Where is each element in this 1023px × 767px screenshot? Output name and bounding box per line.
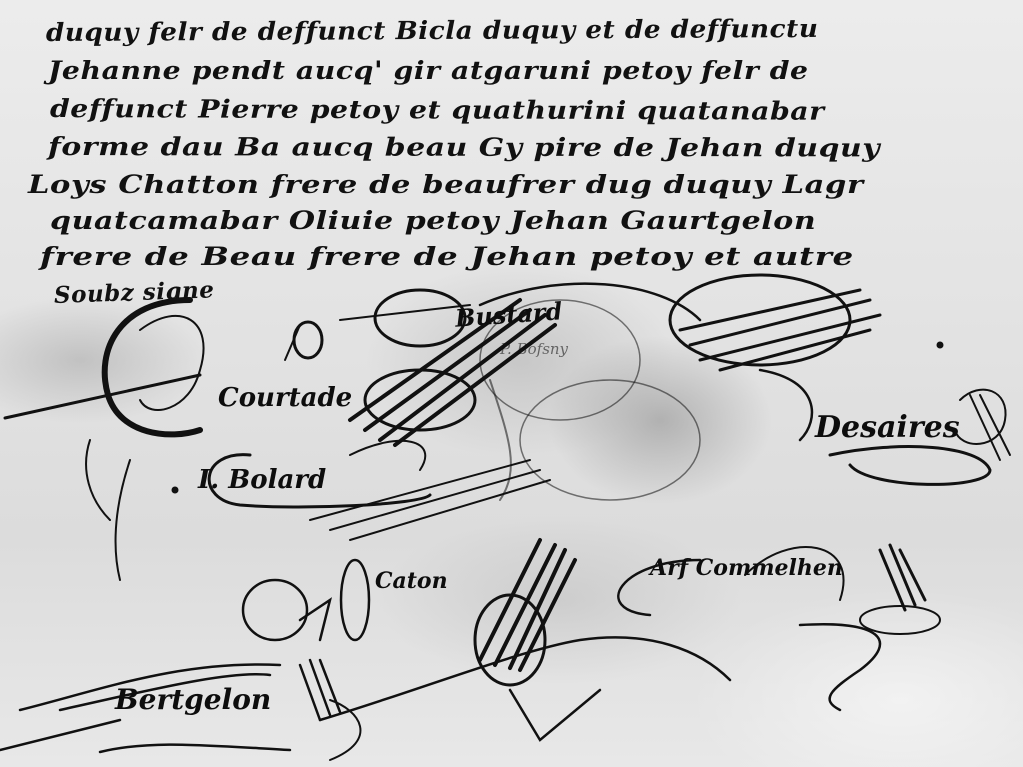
- manuscript-line-2: Jehanne pendt aucq' gir atgaruni petoy f…: [48, 56, 809, 85]
- manuscript-line-4: forme dau Ba aucq beau Gy pire de Jehan …: [48, 132, 880, 162]
- signature-bustard: Bustard: [454, 296, 563, 332]
- signature-commelhen: Arf Commelhen: [650, 555, 843, 581]
- signature-courtade: Courtade: [218, 383, 352, 413]
- signature-caton: Caton: [375, 568, 448, 594]
- signature-bofsny: P. Bofsny: [500, 340, 568, 358]
- manuscript-line-7: frere de Beau frere de Jehan petoy et au…: [40, 242, 854, 271]
- manuscript-line-3: deffunct Pierre petoy et quathurini quat…: [50, 94, 825, 126]
- manuscript-page: duquy felr de deffunct Bicla duquy et de…: [0, 0, 1023, 767]
- manuscript-line-1: duquy felr de deffunct Bicla duquy et de…: [46, 14, 819, 47]
- manuscript-line-5: Loys Chatton frere de beaufrer dug duquy…: [28, 170, 864, 199]
- signature-bertgelon: Bertgelon: [115, 683, 271, 716]
- signature-desaires: Desaires: [815, 410, 960, 445]
- signature-bolard: I. Bolard: [198, 465, 326, 495]
- manuscript-line-6: quatcamabar Oliuie petoy Jehan Gaurtgelo…: [50, 206, 816, 235]
- manuscript-line-8: Soubz signe: [54, 276, 215, 309]
